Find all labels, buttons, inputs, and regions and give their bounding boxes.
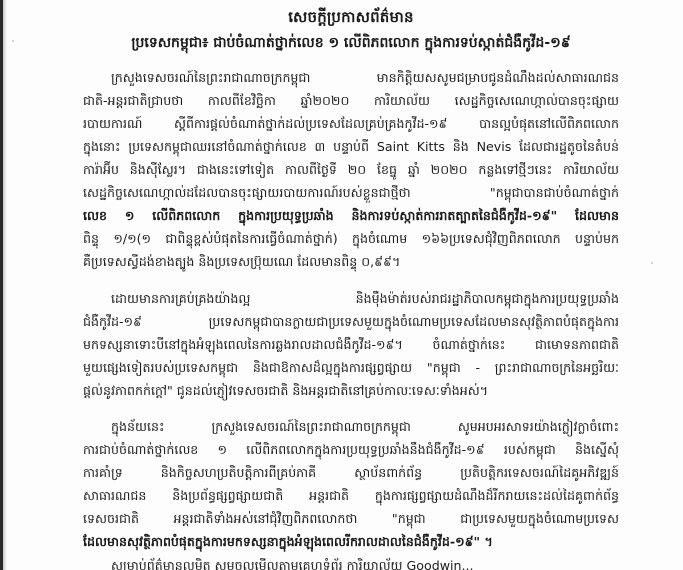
paragraph-4-partial: សម្រាប់ព័ត៌មានលម្អិត សូមចូលមើលតាមគេហទំព័… <box>83 554 619 570</box>
paragraph-line: សម្រាប់ព័ត៌មានលម្អិត សូមចូលមើលតាមគេហទំព័… <box>83 554 619 570</box>
paragraph-line: លេខ ១ លើពិភពលោក ក្នុងការប្រយុទ្ធប្រឆាំង … <box>83 204 619 227</box>
paragraph-line: ជាតិ-អន្តរជាតិជ្រាបថា កាលពីខែវិច្ឆិកា ឆ្… <box>83 89 619 112</box>
paragraph-3: ក្នុងន័យនេះ ក្រសួងទេសចរណ៍នៃព្រះរាជាណាចក្… <box>83 415 619 553</box>
paragraph-line: ក្នុងនោះ ប្រទេសកម្ពុជាឈរនៅចំណាត់ថ្នាក់លេ… <box>83 135 619 158</box>
paragraph-line: ផ្តល់នូវភាពកក់ក្តៅ" ជូនដល់ភ្ញៀវទេសចរជាតិ… <box>83 379 619 402</box>
paragraph-line: សេដ្ឋកិច្ចសេណេហ្កាល់ដដែលបានចុះផ្សាយរបាយក… <box>83 181 619 204</box>
paragraph-1: ក្រសួងទេសចរណ៍នៃព្រះរាជាណាចក្រកម្ពុជា មាន… <box>83 66 619 273</box>
paragraph-line: ការជាប់ចំណាត់ថ្នាក់លេខ ១ លើពិភពលោកក្នុងក… <box>83 438 619 461</box>
paragraph-line: មួយផ្សេងទៀតរបស់ប្រទេសកម្ពុជា និងជាឱកាសដ៏… <box>83 356 619 379</box>
document-subtitle: ប្រទេសកម្ពុជា៖ ជាប់ចំណាត់ថ្នាក់លេខ ១ លើព… <box>80 32 622 54</box>
paragraph-line: ជំងឺកូវីដ-១៩ ប្រទេសកម្ពុជាបានក្លាយជាប្រទ… <box>83 310 619 333</box>
paragraph-line: ក្នុងន័យនេះ ក្រសួងទេសចរណ៍នៃព្រះរាជាណាចក្… <box>83 415 619 438</box>
paragraph-line: សាធារណជន និងប្រព័ន្ធផ្សព្វផ្សាយជាតិ អន្ត… <box>83 484 619 507</box>
paragraph-line: របាយការណ៍ ស្តីពីការផ្តល់ចំណាត់ថ្នាក់ដល់ប… <box>83 112 619 135</box>
paragraph-line: គឺប្រទេសស្វីដង់ខាងត្បូង និងប្រទេសប្រ៊ុយណ… <box>83 250 619 273</box>
paragraph-line: ក្រសួងទេសចរណ៍នៃព្រះរាជាណាចក្រកម្ពុជា មាន… <box>83 66 619 89</box>
scan-speck <box>12 40 14 42</box>
paragraph-line: ការ៉ាអ៊ីប និងស៊ីស្លែរ។ ជាងនេះទៅទៀត កាលពី… <box>83 158 619 181</box>
paragraph-line: មកទស្សនាទោះបីនៅក្នុងអំឡុងពេលនៃការឆ្លងរាល… <box>83 333 619 356</box>
paragraph-2: ដោយមានការគ្រប់គ្រងយ៉ាងល្អ និងម៉ឺងម៉ាត់រប… <box>83 287 619 402</box>
scan-edge-shadow <box>3 0 7 570</box>
paragraph-line: ទេសចរជាតិ អន្តរជាតិទាំងអស់នៅជុំវិញពិភពលោ… <box>83 507 619 530</box>
paragraph-line: ដែលមានសុវត្ថិភាពបំផុតក្នុងការមកទស្សនាក្ន… <box>83 530 619 553</box>
document-title: សេចក្តីប្រកាសព័ត៌មាន <box>83 6 619 28</box>
document-page: សេចក្តីប្រកាសព័ត៌មាន ប្រទេសកម្ពុជា៖ ជាប់… <box>83 0 619 570</box>
paragraph-line: ដោយមានការគ្រប់គ្រងយ៉ាងល្អ និងម៉ឺងម៉ាត់រប… <box>83 287 619 310</box>
paragraph-line: ការគាំទ្រ និងកិច្ចសហប្រតិបត្តិការពីគ្រប់… <box>83 461 619 484</box>
paragraph-line: ពិន្ទុ ១/១(១ ជាពិន្ទុខ្ពស់បំផុតនៃការធ្វើ… <box>83 227 619 250</box>
scan-speck <box>651 262 653 264</box>
